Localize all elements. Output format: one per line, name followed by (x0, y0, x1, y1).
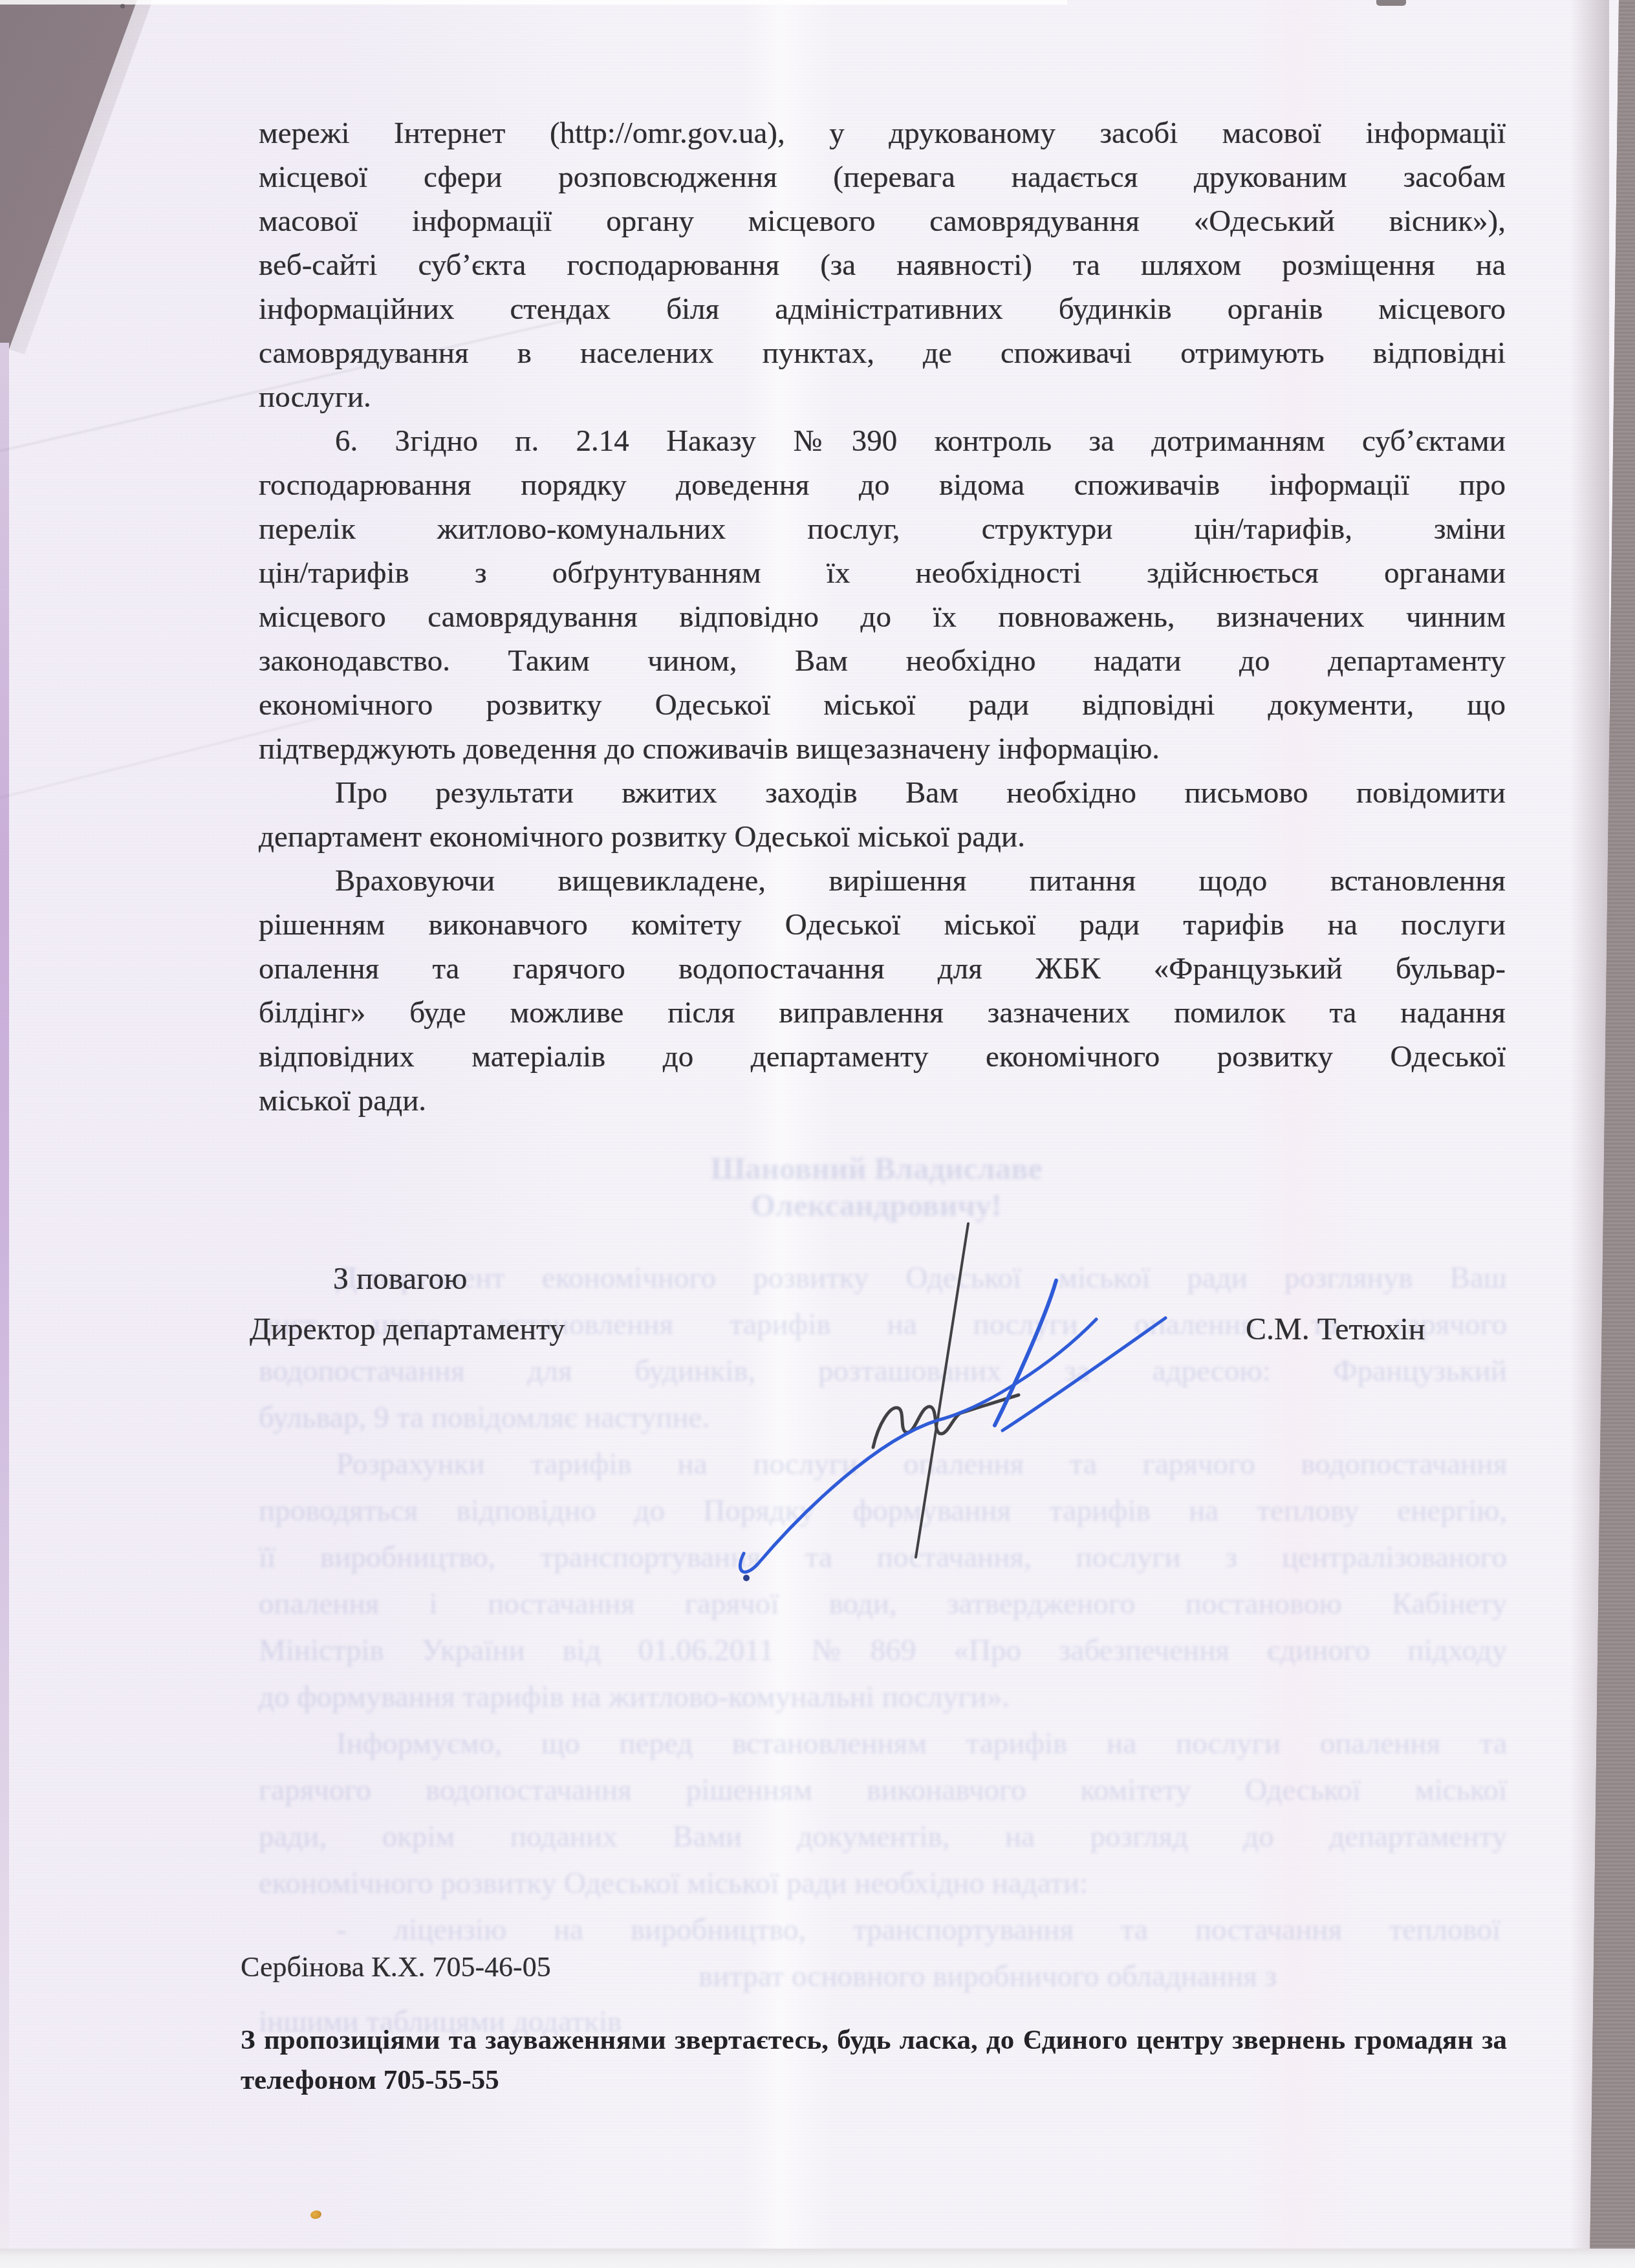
letter-line: масової інформації органу місцевого само… (259, 199, 1506, 243)
scanned-letter-page: Шановний Владиславе Олександровичу! Депа… (0, 0, 1635, 2268)
page-left-edge (0, 343, 9, 2251)
footer-note-line-2: телефоном 705-55-55 (241, 2060, 1507, 2101)
bleedthrough-line: ради, окрім поданих Вами документів, на … (259, 1819, 1507, 1855)
letter-line: економічного розвитку Одеської міської р… (259, 683, 1506, 727)
closing-salutation: З повагою (333, 1261, 467, 1297)
letter-line: мережі Інтернет (http://omr.gov.ua), у д… (259, 111, 1506, 155)
bleedthrough-line: - ліцензію на виробництво, транспортуван… (336, 1912, 1500, 1948)
scanner-bed-bottom (0, 2249, 1635, 2268)
letter-line: перелік житлово-комунальних послуг, стру… (259, 507, 1506, 551)
bleedthrough-line: Міністрів України від 01.06.2011 №869 «П… (259, 1632, 1507, 1669)
letter-line: місцевої сфери розповсюдження (перевага … (259, 155, 1506, 199)
signature-blue-steep-stroke (995, 1280, 1056, 1425)
letter-line: Враховуючи вищевикладене, вирішення пита… (259, 859, 1506, 903)
scan-top-highlight (0, 0, 1067, 5)
letter-line: міської ради. (259, 1079, 1506, 1123)
letter-body: мережі Інтернет (http://omr.gov.ua), у д… (259, 111, 1506, 1123)
bleedthrough-line: економічного розвитку Одеської міської р… (259, 1865, 1358, 1901)
letter-line: опалення та гарячого водопостачання для … (259, 947, 1506, 991)
letter-line: рішенням виконавчого комітету Одеської м… (259, 903, 1506, 947)
letter-line: послуги. (259, 375, 1506, 419)
bleedthrough-line: гарячого водопостачання рішенням виконав… (259, 1772, 1507, 1808)
letter-line: самоврядування в населених пунктах, де с… (259, 331, 1506, 375)
letter-line: інформаційних стендах біля адміністратив… (259, 287, 1506, 331)
bleedthrough-line: Інформуємо, що перед встановленням тариф… (336, 1725, 1507, 1762)
ink-speck (310, 2209, 322, 2219)
letter-line: відповідних матеріалів до департаменту е… (259, 1035, 1506, 1079)
signer-title: Директор департаменту (250, 1312, 565, 1347)
letter-line: 6. Згідно п. 2.14 Наказу №390 контроль з… (259, 419, 1506, 463)
scan-dust-dot (120, 4, 125, 8)
signature-black-stroke (916, 1224, 968, 1557)
letter-line: білдінг» буде можливе після виправлення … (259, 991, 1506, 1035)
letter-line: веб-сайті суб’єкта господарювання (за на… (259, 243, 1506, 287)
letter-line: господарювання порядку доведення до відо… (259, 463, 1506, 507)
scan-top-speck (1376, 0, 1406, 6)
signer-name: С.М. Тетюхін (1246, 1312, 1425, 1347)
footer-note: З пропозиціями та зауваженнями звертаєте… (241, 2020, 1507, 2101)
signature-ink-dot (743, 1575, 750, 1581)
executor-line: Сербінова К.Х. 705-46-05 (241, 1950, 551, 1983)
letter-line: цін/тарифів з обґрунтуванням їх необхідн… (259, 551, 1506, 595)
signature-blue-diagonal (1002, 1318, 1165, 1431)
bleedthrough-line: витрат основного виробничого обладнання … (698, 1958, 1507, 1994)
bleedthrough-line: до формування тарифів на житлово-комунал… (259, 1679, 1164, 1715)
letter-line: департамент економічного розвитку Одеськ… (259, 815, 1506, 859)
letter-line: підтверджують доведення до споживачів ви… (259, 727, 1506, 771)
signature-ink (679, 1125, 1209, 1591)
footer-note-line-1: З пропозиціями та зауваженнями звертаєте… (241, 2020, 1507, 2060)
letter-line: місцевого самоврядування відповідно до ї… (259, 595, 1506, 639)
bleedthrough-line: опалення і постачання гарячої води, затв… (259, 1586, 1507, 1622)
letter-line: Про результати вжитих заходів Вам необхі… (259, 771, 1506, 815)
letter-line: законодавство. Таким чином, Вам необхідн… (259, 639, 1506, 683)
